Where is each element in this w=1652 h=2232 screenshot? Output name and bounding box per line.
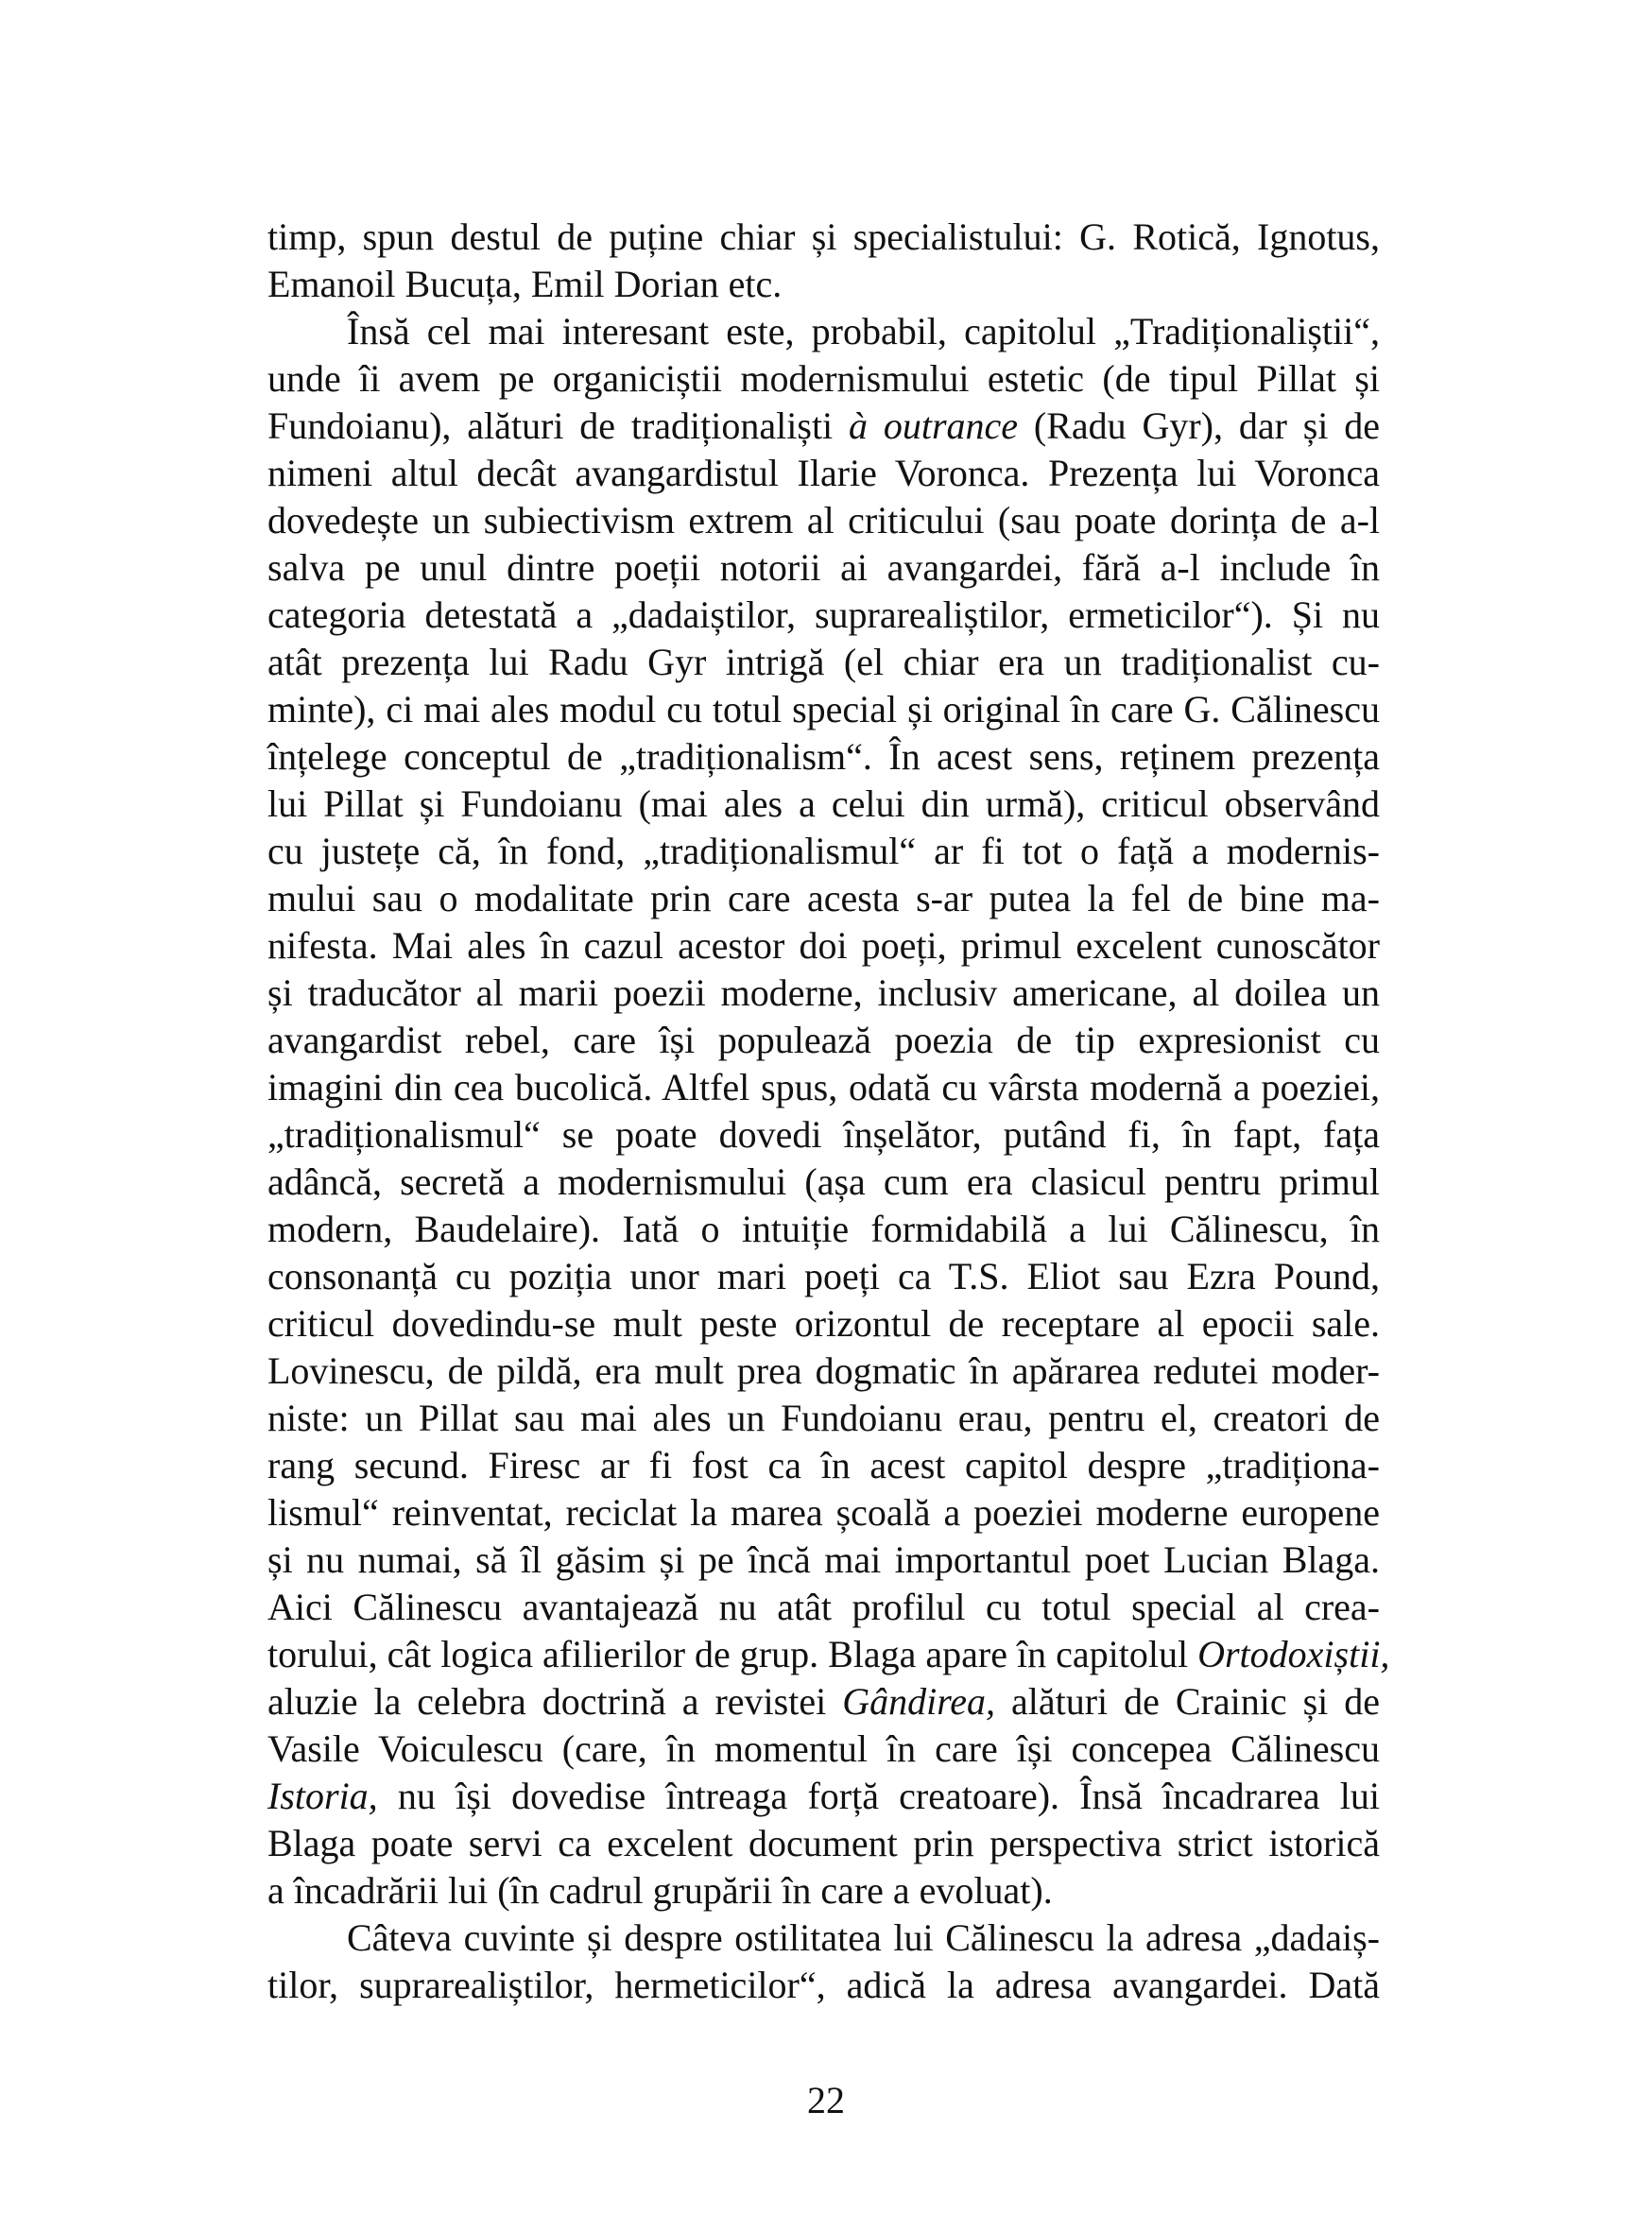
- italic-journal-title: Gândirea,: [842, 1680, 995, 1723]
- text-line: consonanță cu poziția unor mari poeți ca…: [267, 1253, 1380, 1300]
- text-line: Lovinescu, de pildă, era mult prea dogma…: [267, 1348, 1380, 1395]
- text-line: rang secund. Firesc ar fi fost ca în ace…: [267, 1442, 1380, 1489]
- text-line: nifesta. Mai ales în cazul acestor doi p…: [267, 922, 1380, 970]
- text-line: lui Pillat și Fundoianu (mai ales a celu…: [267, 781, 1380, 828]
- text-segment: Fundoianu), alături de tradiționaliști: [267, 404, 849, 447]
- text-line: și traducător al marii poezii moderne, i…: [267, 970, 1380, 1017]
- text-line: Însă cel mai interesant este, probabil, …: [267, 308, 1380, 355]
- text-segment: aluzie la celebra doctrină a revistei: [267, 1680, 842, 1723]
- italic-book-title: Istoria,: [267, 1775, 378, 1817]
- italic-chapter-title: Ortodoxiștii,: [1197, 1633, 1389, 1675]
- text-line: Istoria, nu își dovedise întreaga forță …: [267, 1773, 1380, 1820]
- text-segment: torului, cât logica afilierilor de grup.…: [267, 1633, 1197, 1675]
- text-line: și nu numai, să îl găsim și pe încă mai …: [267, 1537, 1380, 1584]
- text-line: Vasile Voiculescu (care, în momentul în …: [267, 1726, 1380, 1773]
- text-line: torului, cât logica afilierilor de grup.…: [267, 1631, 1380, 1678]
- paragraph-1: timp, spun destul de puține chiar și spe…: [267, 214, 1380, 308]
- text-line: a încadrării lui (în cadrul grupării în …: [267, 1867, 1380, 1914]
- text-segment: nu își dovedise întreaga forță creatoare…: [378, 1775, 1380, 1817]
- text-line: avangardist rebel, care își populează po…: [267, 1017, 1380, 1064]
- body-text: timp, spun destul de puține chiar și spe…: [267, 214, 1380, 2009]
- text-line: tilor, suprarealiștilor, hermeticilor“, …: [267, 1962, 1380, 2009]
- text-line: Blaga poate servi ca excelent document p…: [267, 1820, 1380, 1867]
- text-line: Emanoil Bucuța, Emil Dorian etc.: [267, 261, 1380, 308]
- text-line: niste: un Pillat sau mai ales un Fundoia…: [267, 1395, 1380, 1442]
- paragraph-2: Însă cel mai interesant este, probabil, …: [267, 308, 1380, 1914]
- text-line: aluzie la celebra doctrină a revistei Gâ…: [267, 1678, 1380, 1726]
- text-line: criticul dovedindu-se mult peste orizont…: [267, 1300, 1380, 1348]
- text-line: Aici Călinescu avantajează nu atât profi…: [267, 1584, 1380, 1631]
- text-line: înțelege conceptul de „tradiționalism“. …: [267, 733, 1380, 781]
- text-line: imagini din cea bucolică. Altfel spus, o…: [267, 1064, 1380, 1111]
- text-line: Fundoianu), alături de tradiționaliști à…: [267, 403, 1380, 450]
- text-line: modern, Baudelaire). Iată o intuiție for…: [267, 1206, 1380, 1253]
- text-line: salva pe unul dintre poeții notorii ai a…: [267, 544, 1380, 592]
- book-page: timp, spun destul de puține chiar și spe…: [0, 0, 1652, 2232]
- text-line: cu justețe că, în fond, „tradiționalismu…: [267, 828, 1380, 875]
- text-line: adâncă, secretă a modernismului (așa cum…: [267, 1159, 1380, 1206]
- italic-phrase: à outrance: [849, 404, 1018, 447]
- text-line: lismul“ reinventat, reciclat la marea șc…: [267, 1489, 1380, 1537]
- text-line: „tradiționalismul“ se poate dovedi înșel…: [267, 1111, 1380, 1159]
- text-line: unde îi avem pe organiciștii modernismul…: [267, 355, 1380, 403]
- text-segment: (Radu Gyr), dar și de: [1018, 404, 1380, 447]
- text-line: dovedește un subiectivism extrem al crit…: [267, 497, 1380, 544]
- text-line: timp, spun destul de puține chiar și spe…: [267, 214, 1380, 261]
- text-line: categoria detestată a „dadaiștilor, supr…: [267, 592, 1380, 639]
- page-number: 22: [0, 2077, 1652, 2124]
- paragraph-3: Câteva cuvinte și despre ostilitatea lui…: [267, 1914, 1380, 2009]
- text-line: mului sau o modalitate prin care acesta …: [267, 875, 1380, 922]
- text-line: Câteva cuvinte și despre ostilitatea lui…: [267, 1914, 1380, 1962]
- text-segment: alături de Crainic și de: [995, 1680, 1380, 1723]
- text-line: minte), ci mai ales modul cu totul speci…: [267, 686, 1380, 733]
- text-line: atât prezența lui Radu Gyr intrigă (el c…: [267, 639, 1380, 686]
- text-line: nimeni altul decât avangardistul Ilarie …: [267, 450, 1380, 497]
